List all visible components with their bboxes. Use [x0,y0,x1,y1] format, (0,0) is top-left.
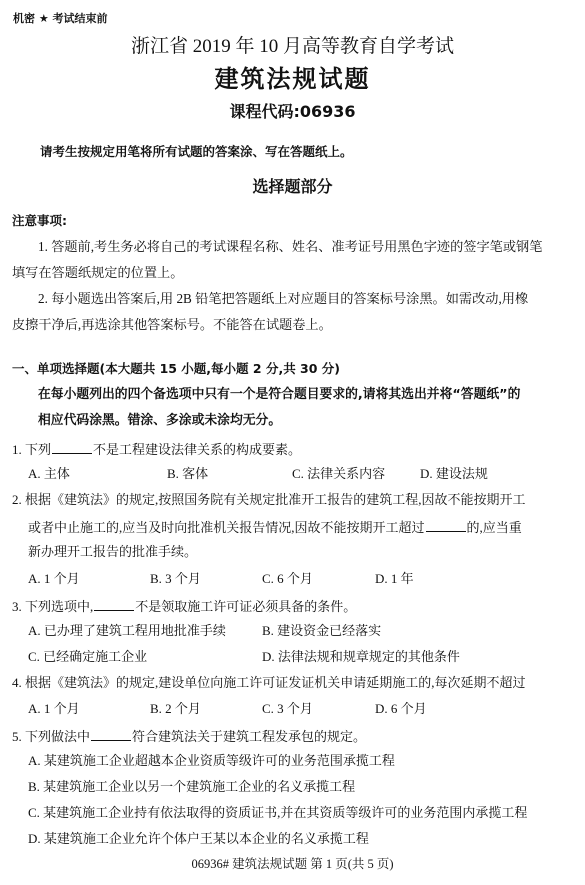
q1-option-b: B. 客体 [167,467,208,480]
note-2-line2: 皮擦干净后,再选涂其他答案标号。不能答在试题卷上。 [12,318,332,331]
answer-blank [426,519,466,532]
q3-option-a: A. 已办理了建筑工程用地批准手续 [28,624,226,637]
q3-option-c: C. 已经确定施工企业 [28,650,147,663]
q4-option-a: A. 1 个月 [28,702,80,715]
part-one-desc-line2: 相应代码涂黑。错涂、多涂或未涂均无分。 [38,415,281,428]
q4-option-b: B. 2 个月 [150,702,201,715]
exam-title: 浙江省 2019 年 10 月高等教育自学考试 [0,37,585,56]
notes-heading: 注意事项: [12,215,67,228]
subject-title: 建筑法规试题 [0,67,585,91]
question-2-line2-post: 的,应当重 [467,520,522,535]
course-code: 课程代码:06936 [0,104,585,120]
part-one-desc-line1: 在每小题列出的四个备选项中只有一个是符合题目要求的,请将其选出并将“答题纸”的 [38,389,520,402]
q4-option-c: C. 3 个月 [262,702,313,715]
question-3-post: 不是领取施工许可证必须具备的条件。 [135,599,356,614]
q5-option-c: C. 某建筑施工企业持有依法取得的资质证书,并在其资质等级许可的业务范围内承揽工… [28,806,527,819]
q5-option-a: A. 某建筑施工企业超越本企业资质等级许可的业务范围承揽工程 [28,754,395,767]
part-one-heading: 一、单项选择题(本大题共 15 小题,每小题 2 分,共 30 分) [12,363,340,376]
question-1-pre: 1. 下列 [12,442,51,457]
question-3: 3. 下列选项中,不是领取施工许可证必须具备的条件。 [12,598,356,613]
answer-blank [94,598,134,611]
note-1-line1: 1. 答题前,考生务必将自己的考试课程名称、姓名、准考证号用黑色字迹的签字笔或钢… [38,240,542,253]
question-2-line2-pre: 或者中止施工的,应当及时向批准机关报告情况,因故不能按期开工超过 [28,520,425,535]
page-footer: 06936# 建筑法规试题 第 1 页(共 5 页) [0,858,585,871]
q2-option-b: B. 3 个月 [150,572,201,585]
instruction-text: 请考生按规定用笔将所有试题的答案涂、写在答题纸上。 [40,146,353,159]
answer-blank [52,441,92,454]
question-2-line1: 2. 根据《建筑法》的规定,按照国务院有关规定批准开工报告的建筑工程,因故不能按… [12,493,526,506]
q2-option-a: A. 1 个月 [28,572,80,585]
question-2-line2: 或者中止施工的,应当及时向批准机关报告情况,因故不能按期开工超过的,应当重 [28,519,522,534]
q1-option-d: D. 建设法规 [420,467,488,480]
q2-option-c: C. 6 个月 [262,572,313,585]
note-2-line1: 2. 每小题选出答案后,用 2B 铅笔把答题纸上对应题目的答案标号涂黑。如需改动… [38,292,528,305]
question-5: 5. 下列做法中符合建筑法关于建筑工程发承包的规定。 [12,728,366,743]
q1-option-a: A. 主体 [28,467,70,480]
q3-option-b: B. 建设资金已经落实 [262,624,381,637]
q5-option-b: B. 某建筑施工企业以另一个建筑施工企业的名义承揽工程 [28,780,355,793]
q2-option-d: D. 1 年 [375,572,414,585]
note-1-line2: 填写在答题纸规定的位置上。 [12,266,183,279]
question-1-post: 不是工程建设法律关系的构成要素。 [93,442,301,457]
question-5-pre: 5. 下列做法中 [12,729,90,744]
question-4: 4. 根据《建筑法》的规定,建设单位向施工许可证发证机关申请延期施工的,每次延期… [12,676,526,689]
question-1: 1. 下列不是工程建设法律关系的构成要素。 [12,441,301,456]
answer-blank [91,728,131,741]
q3-option-d: D. 法律法规和规章规定的其他条件 [262,650,460,663]
question-2-line3: 新办理开工报告的批准手续。 [28,545,197,558]
section-title: 选择题部分 [0,179,585,195]
question-5-post: 符合建筑法关于建筑工程发承包的规定。 [132,729,366,744]
q1-option-c: C. 法律关系内容 [292,467,385,480]
question-3-pre: 3. 下列选项中, [12,599,93,614]
q4-option-d: D. 6 个月 [375,702,427,715]
confidential-label: 机密 ★ 考试结束前 [13,13,108,24]
q5-option-d: D. 某建筑施工企业允许个体户王某以本企业的名义承揽工程 [28,832,369,845]
